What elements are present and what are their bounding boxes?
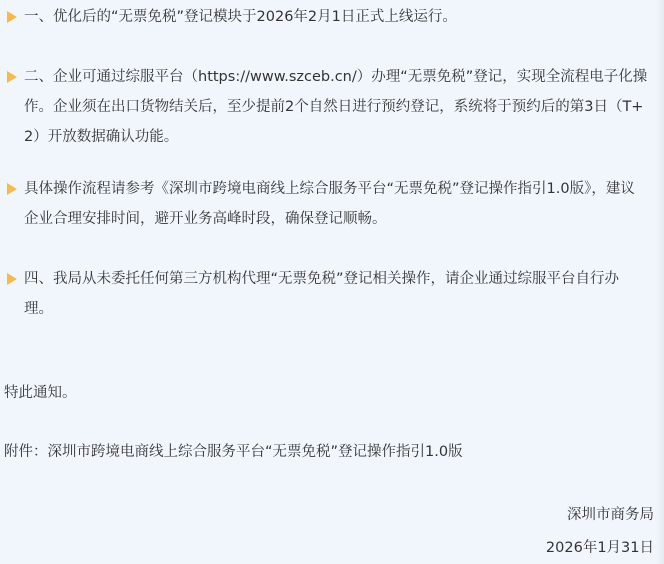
notice-item-3: 具体操作流程请参考《深圳市跨境电商线上综合服务平台“无票免税”登记操作指引1.0…	[0, 174, 654, 234]
closing-text: 特此通知。	[4, 378, 77, 408]
triangle-bullet-icon	[7, 11, 17, 23]
issuer-name: 深圳市商务局	[567, 500, 654, 530]
notice-item-1: 一、优化后的“无票免税”登记模块于2026年2月1日正式上线运行。	[0, 2, 654, 32]
notice-item-4: 四、我局从未委托任何第三方机构代理“无票免税”登记相关操作，请企业通过综服平台自…	[0, 264, 654, 324]
notice-item-text: 一、优化后的“无票免税”登记模块于2026年2月1日正式上线运行。	[0, 2, 654, 32]
attachment-text: 附件：深圳市跨境电商线上综合服务平台“无票免税”登记操作指引1.0版	[4, 437, 463, 467]
issue-date: 2026年1月31日	[546, 533, 654, 563]
notice-item-2: 二、企业可通过综服平台（https://www.szceb.cn/）办理“无票免…	[0, 62, 654, 152]
triangle-bullet-icon	[7, 71, 17, 83]
triangle-bullet-icon	[7, 273, 17, 285]
notice-item-text: 四、我局从未委托任何第三方机构代理“无票免税”登记相关操作，请企业通过综服平台自…	[0, 264, 654, 324]
page-edge-shadow	[656, 0, 664, 564]
notice-item-text: 具体操作流程请参考《深圳市跨境电商线上综合服务平台“无票免税”登记操作指引1.0…	[0, 174, 654, 234]
triangle-bullet-icon	[7, 183, 17, 195]
notice-item-text: 二、企业可通过综服平台（https://www.szceb.cn/）办理“无票免…	[0, 62, 654, 152]
